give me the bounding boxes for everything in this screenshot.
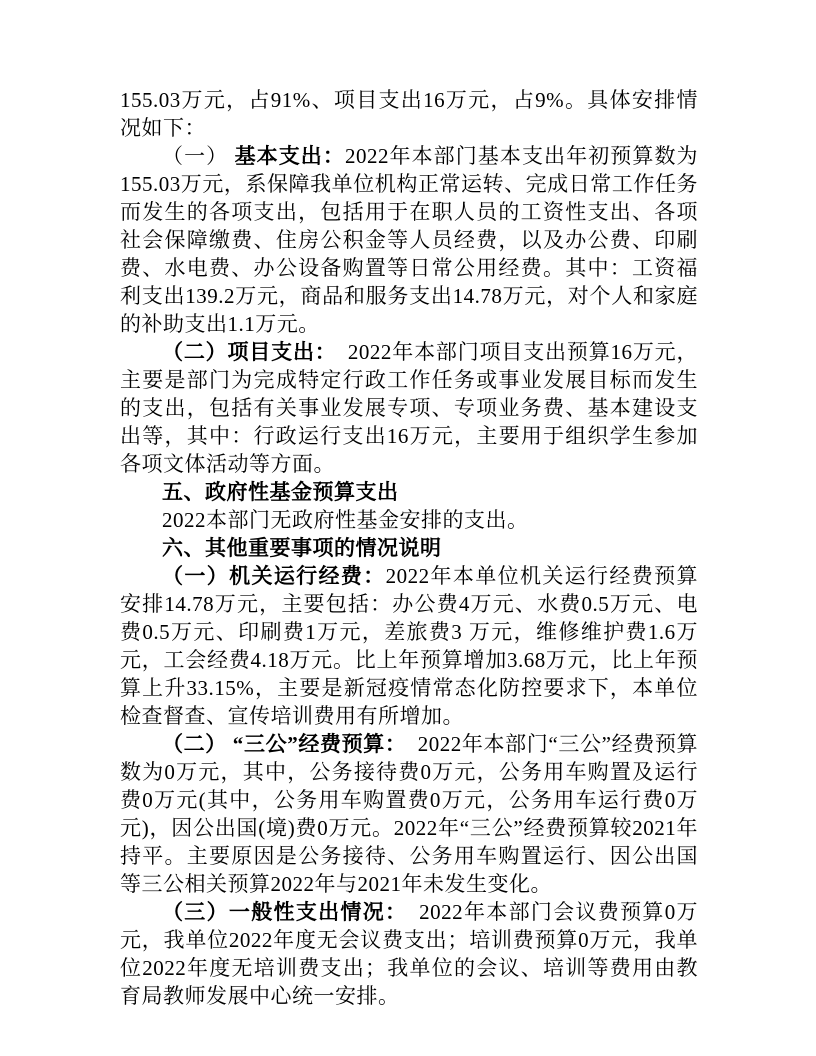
bold-text-run: （二）项目支出： — [162, 340, 326, 364]
text-run: 2022年本部门“三公”经费预算数为0万元，其中，公务接待费0万元，公务用车购置… — [120, 732, 698, 896]
document-page: 155.03万元，占91%、项目支出16万元，占9%。具体安排情况如下：（一） … — [0, 0, 816, 1056]
document-body: 155.03万元，占91%、项目支出16万元，占9%。具体安排情况如下：（一） … — [120, 86, 698, 1010]
text-run: 155.03万元，占91%、项目支出16万元，占9%。具体安排情况如下： — [120, 88, 698, 140]
section-heading: 六、其他重要事项的情况说明 — [120, 534, 698, 562]
bold-text-run: 基本支出： — [235, 144, 345, 168]
paragraph: （一） 基本支出：2022年本部门基本支出年初预算数为155.03万元，系保障我… — [120, 142, 698, 338]
text-run: 2022年本部门基本支出年初预算数为155.03万元，系保障我单位机构正常运转、… — [120, 144, 698, 336]
paragraph: （一）机关运行经费：2022年本单位机关运行经费预算安排14.78万元，主要包括… — [120, 562, 698, 730]
text-run: （一） — [162, 144, 235, 168]
bold-text-run: （三）一般性支出情况： — [162, 900, 397, 924]
text-run: 2022年本单位机关运行经费预算安排14.78万元，主要包括：办公费4万元、水费… — [120, 564, 698, 728]
bold-text-run: （二） “三公”经费预算： — [162, 732, 396, 756]
paragraph: 155.03万元，占91%、项目支出16万元，占9%。具体安排情况如下： — [120, 86, 698, 142]
section-heading: 五、政府性基金预算支出 — [120, 478, 698, 506]
text-run: 2022本部门无政府性基金安排的支出。 — [162, 508, 529, 532]
paragraph: （三）一般性支出情况： 2022年本部门会议费预算0万元，我单位2022年度无会… — [120, 898, 698, 1010]
paragraph: 2022本部门无政府性基金安排的支出。 — [120, 506, 698, 534]
paragraph: （二）项目支出： 2022年本部门项目支出预算16万元，主要是部门为完成特定行政… — [120, 338, 698, 478]
bold-text-run: 五、政府性基金预算支出 — [162, 480, 399, 504]
paragraph: （二） “三公”经费预算： 2022年本部门“三公”经费预算数为0万元，其中，公… — [120, 730, 698, 898]
bold-text-run: （一）机关运行经费： — [162, 564, 386, 588]
bold-text-run: 六、其他重要事项的情况说明 — [162, 536, 442, 560]
